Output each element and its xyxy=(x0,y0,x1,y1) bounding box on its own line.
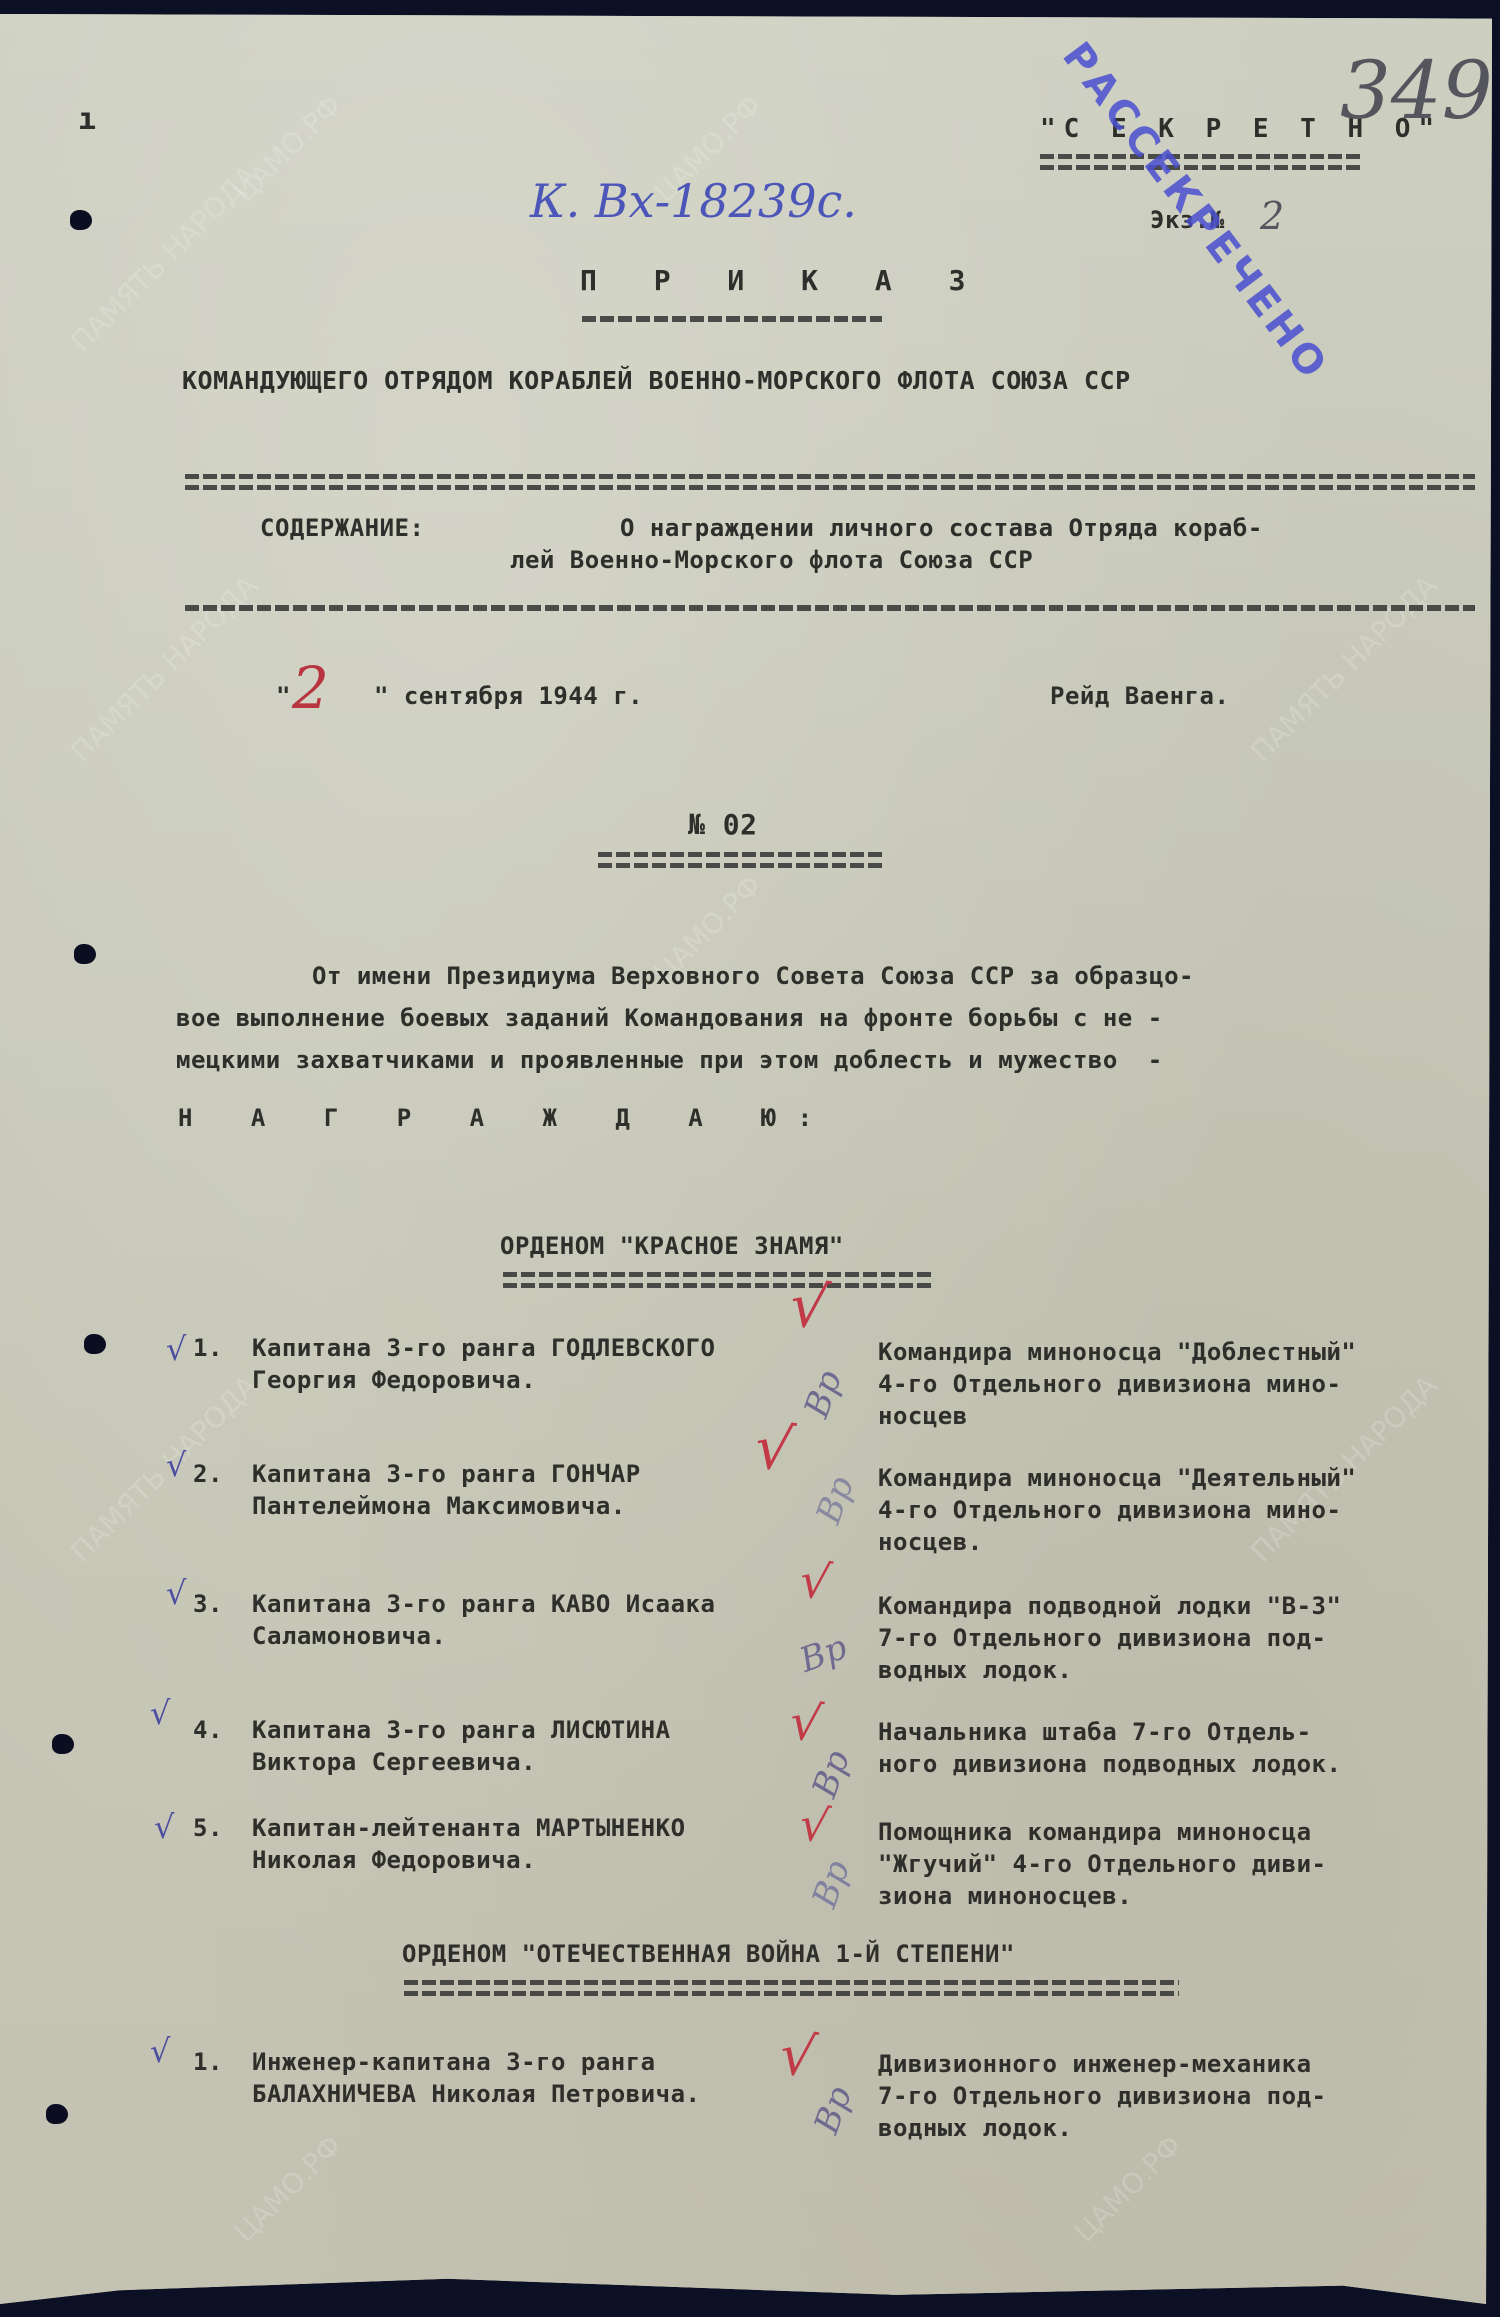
check-mark-icon: √ xyxy=(150,2032,170,2070)
award-position-line: ного дивизиона подводных лодок. xyxy=(878,1750,1341,1778)
place: Рейд Ваенга. xyxy=(1050,682,1229,710)
preamble-line-2: вое выполнение боевых заданий Командован… xyxy=(176,1004,1163,1032)
preamble-line-3: мецкими захватчиками и проявленные при э… xyxy=(176,1046,1163,1074)
watermark: ПАМЯТЬ НАРОДА xyxy=(66,1370,264,1568)
award-position-line: "Жгучий" 4-го Отдельного диви- xyxy=(878,1850,1326,1878)
subject-line-1: О награждении личного состава Отряда кор… xyxy=(620,514,1263,542)
award-verb: Н А Г Р А Ж Д А Ю: xyxy=(178,1104,834,1132)
section-heading-patriotic-war: ОРДЕНОМ "ОТЕЧЕСТВЕННАЯ ВОЙНА 1-Й СТЕПЕНИ… xyxy=(402,1940,1015,1968)
page-number: 349 xyxy=(1340,44,1493,137)
red-check-icon: √ xyxy=(776,2022,820,2091)
award-name-line: БАЛАХНИЧЕВА Николая Петровича. xyxy=(252,2080,700,2108)
check-mark-icon: √ xyxy=(166,1446,186,1484)
award-position-line: Командира миноносца "Доблестный" xyxy=(878,1338,1356,1366)
award-position-line: 4-го Отдельного дивизиона мино- xyxy=(878,1496,1341,1524)
award-position-line: водных лодок. xyxy=(878,1656,1072,1684)
award-number: 4. xyxy=(193,1716,223,1744)
punch-hole xyxy=(70,210,92,230)
watermark: ПАМЯТЬ НАРОДА xyxy=(66,570,264,768)
subject-top-rule xyxy=(185,474,1475,490)
punch-hole xyxy=(52,1734,74,1754)
punch-hole xyxy=(74,944,96,964)
award-position-line: носцев xyxy=(878,1402,968,1430)
award-name-line: Пантелеймона Максимовича. xyxy=(252,1492,626,1520)
initials-mark: Вр xyxy=(807,2081,861,2139)
preamble-line-1: От имени Президиума Верховного Совета Со… xyxy=(312,962,1194,990)
date-month-year: " сентября 1944 г. xyxy=(374,682,643,710)
award-name-line: Виктора Сергеевича. xyxy=(252,1748,536,1776)
subject-line-2: лей Военно-Морского флота Союза ССР xyxy=(510,546,1033,574)
subject-bottom-rule xyxy=(185,605,1475,611)
initials-mark: Вр xyxy=(797,1365,851,1423)
classification-underline xyxy=(1040,154,1360,170)
check-mark-icon: √ xyxy=(154,1808,174,1846)
award-name-line: Капитан-лейтенанта МАРТЫНЕНКО xyxy=(252,1814,686,1842)
red-check-icon: √ xyxy=(785,1270,833,1345)
red-check-icon: √ xyxy=(750,1412,798,1487)
award-position-line: Начальника штаба 7-го Отдель- xyxy=(878,1718,1312,1746)
issuer: КОМАНДУЮЩЕГО ОТРЯДОМ КОРАБЛЕЙ ВОЕННО-МОР… xyxy=(182,366,1131,395)
award-name-line: Саламоновича. xyxy=(252,1622,446,1650)
award-position-line: 4-го Отдельного дивизиона мино- xyxy=(878,1370,1341,1398)
order-number-underline xyxy=(598,852,883,868)
award-number: 2. xyxy=(193,1460,223,1488)
red-check-icon: √ xyxy=(796,1796,833,1854)
check-mark-icon: √ xyxy=(166,1574,186,1612)
initials-mark: Вр xyxy=(809,1471,863,1529)
initials-mark: Вр xyxy=(795,1627,853,1681)
award-position-line: Командира подводной лодки "В-3" xyxy=(878,1592,1341,1620)
award-position-line: Командира миноносца "Деятельный" xyxy=(878,1464,1356,1492)
watermark: ПАМЯТЬ НАРОДА xyxy=(1246,570,1444,768)
award-name-line: Капитана 3-го ранга ГОНЧАР xyxy=(252,1460,641,1488)
watermark: ЦАМО.РФ xyxy=(229,90,348,209)
award-position-line: Помощника командира миноносца xyxy=(878,1818,1312,1846)
award-position-line: водных лодок. xyxy=(878,2114,1072,2142)
watermark: ЦАМО.РФ xyxy=(1069,2130,1188,2249)
order-number: № 02 xyxy=(688,808,757,841)
watermark: ПАМЯТЬ НАРОДА xyxy=(66,160,264,358)
award-number: 3. xyxy=(193,1590,223,1618)
date-open-quote: " xyxy=(276,682,291,710)
award-name-line: Капитана 3-го ранга КАВО Исаака xyxy=(252,1590,715,1618)
registry-number: К. Вх-18239с. xyxy=(530,174,857,228)
title-underline xyxy=(582,316,882,322)
award-position-line: 7-го Отдельного дивизиона под- xyxy=(878,2082,1326,2110)
watermark: ЦАМО.РФ xyxy=(229,2130,348,2249)
award-name-line: Николая Федоровича. xyxy=(252,1846,536,1874)
margin-mark: ı xyxy=(78,102,97,137)
copy-number: 2 xyxy=(1260,194,1284,238)
check-mark-icon: √ xyxy=(166,1330,186,1368)
red-check-icon: √ xyxy=(796,1552,834,1612)
award-position-line: 7-го Отдельного дивизиона под- xyxy=(878,1624,1326,1652)
declassified-stamp: РАССЕКРЕЧЕНО xyxy=(1053,34,1337,390)
section-heading-underline xyxy=(404,1980,1179,1996)
award-number: 5. xyxy=(193,1814,223,1842)
subject-label: СОДЕРЖАНИЕ: xyxy=(260,514,424,542)
initials-mark: Вр xyxy=(805,1745,859,1803)
award-position-line: зиона миноносцев. xyxy=(878,1882,1132,1910)
punch-hole xyxy=(46,2104,68,2124)
section-heading-underline xyxy=(503,1272,933,1288)
punch-hole xyxy=(84,1334,106,1354)
award-number: 1. xyxy=(193,2048,223,2076)
section-heading-red-banner: ОРДЕНОМ "КРАСНОЕ ЗНАМЯ" xyxy=(500,1232,844,1260)
document-type: П Р И К А З xyxy=(580,264,985,297)
award-name-line: Георгия Федоровича. xyxy=(252,1366,536,1394)
award-position-line: носцев. xyxy=(878,1528,983,1556)
award-name-line: Инженер-капитана 3-го ранга xyxy=(252,2048,656,2076)
award-name-line: Капитана 3-го ранга ГОДЛЕВСКОГО xyxy=(252,1334,715,1362)
date-day: 2 xyxy=(292,654,329,722)
award-name-line: Капитана 3-го ранга ЛИСЮТИНА xyxy=(252,1716,671,1744)
award-number: 1. xyxy=(193,1334,223,1362)
check-mark-icon: √ xyxy=(150,1694,170,1732)
document-page: ПАМЯТЬ НАРОДА ЦАМО.РФ ЦАМО.РФ ПАМЯТЬ НАР… xyxy=(0,14,1492,2304)
award-position-line: Дивизионного инженер-механика xyxy=(878,2050,1312,2078)
initials-mark: Вр xyxy=(805,1855,859,1913)
